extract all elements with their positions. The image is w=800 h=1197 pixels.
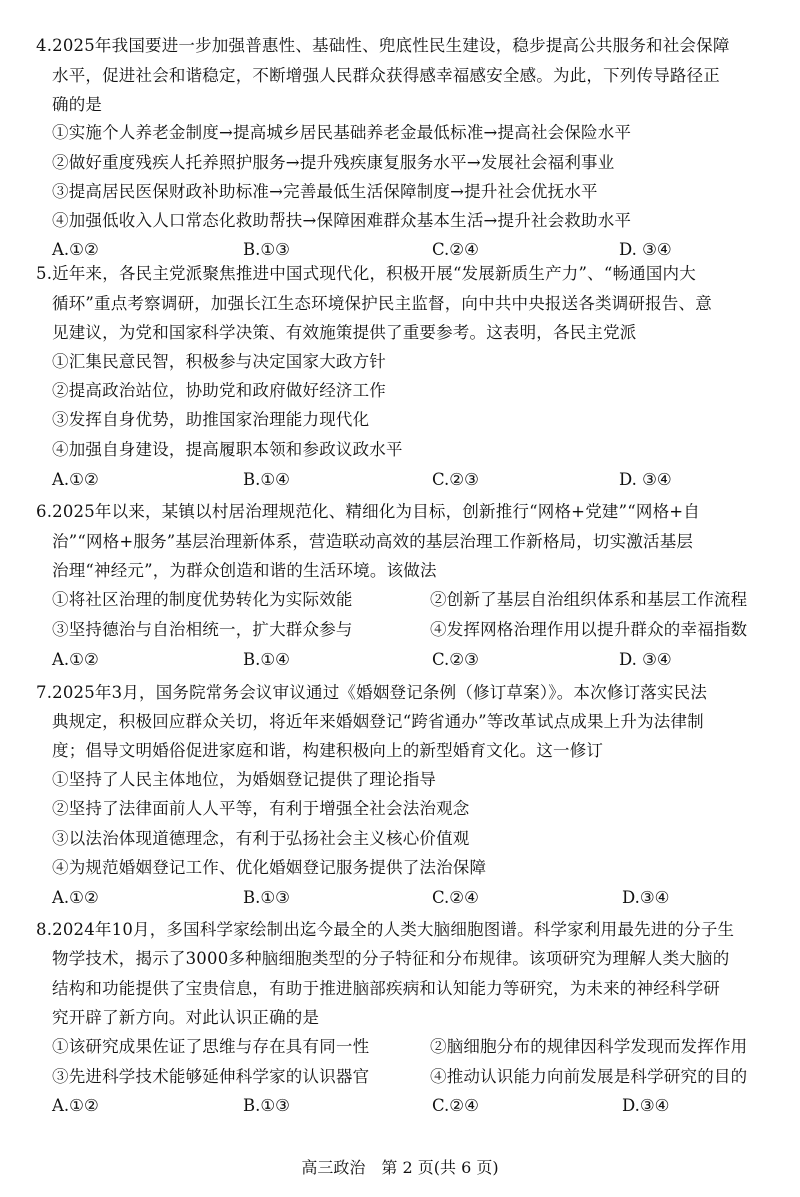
question-stem-line: 见建议，为党和国家科学决策、有效施策提供了重要参考。这表明，各民主党派 (52, 323, 637, 343)
question-stem-line: 物学技术，揭示了3000多种脑细胞类型的分子特征和分布规律。该项研究为理解人类大… (52, 949, 729, 969)
choice-c: C.②④ (432, 888, 479, 908)
choice-b: B.①④ (243, 470, 290, 490)
statement-option: ④为规范婚姻登记工作、优化婚姻登记服务提供了法治保障 (52, 858, 486, 878)
question-stem-line: 确的是 (52, 95, 102, 115)
choice-c: C.②④ (432, 1096, 479, 1116)
question-stem-line: 循环”重点考察调研，加强长江生态环境保护民主监督，向中共中央报送各类调研报告、意 (52, 294, 712, 314)
question-stem-line: 水平，促进社会和谐稳定，不断增强人民群众获得感幸福感安全感。为此，下列传导路径正 (52, 66, 720, 86)
statement-option: ②提高政治站位，协助党和政府做好经济工作 (52, 381, 386, 401)
choice-a: A.①② (52, 888, 99, 908)
statement-option: ①实施个人养老金制度→提高城乡居民基础养老金最低标准→提高社会保险水平 (52, 123, 631, 143)
statement-option: ③发挥自身优势，助推国家治理能力现代化 (52, 410, 369, 430)
statement-option: ④发挥网格治理作用以提升群众的幸福指数 (430, 620, 747, 640)
statement-option: ④加强自身建设，提高履职本领和参政议政水平 (52, 440, 403, 460)
question-stem-line: 度；倡导文明婚俗促进家庭和谐，构建积极向上的新型婚育文化。这一修订 (52, 741, 603, 761)
choice-c: C.②④ (432, 240, 479, 260)
choice-d: D.③④ (622, 888, 669, 908)
statement-option: ④加强低收入人口常态化救助帮扶→保障困难群众基本生活→提升社会救助水平 (52, 211, 631, 231)
choice-d: D. ③④ (619, 470, 672, 490)
choice-d: D. ③④ (619, 650, 672, 670)
choice-b: B.①③ (243, 1096, 290, 1116)
statement-option: ④推动认识能力向前发展是科学研究的目的 (430, 1067, 747, 1087)
statement-option: ②坚持了法律面前人人平等，有利于增强全社会法治观念 (52, 799, 470, 819)
question-stem-line: 6.2025年以来，某镇以村居治理规范化、精细化为目标，创新推行“网格+党建”“… (36, 502, 700, 522)
choice-a: A.①② (52, 470, 99, 490)
statement-option: ①该研究成果佐证了思维与存在具有同一性 (52, 1037, 369, 1057)
statement-option: ②创新了基层自治组织体系和基层工作流程 (430, 590, 747, 610)
page-footer: 高三政治 第 2 页(共 6 页) (0, 1155, 800, 1178)
choice-b: B.①④ (243, 650, 290, 670)
choice-a: A.①② (52, 1096, 99, 1116)
choice-d: D. ③④ (619, 240, 672, 260)
statement-option: ①坚持了人民主体地位，为婚姻登记提供了理论指导 (52, 770, 436, 790)
question-stem-line: 8.2024年10月，多国科学家绘制出迄今最全的人类大脑细胞图谱。科学家利用最先… (36, 920, 734, 940)
question-stem-line: 5.近年来，各民主党派聚焦推进中国式现代化，积极开展“发展新质生产力”、“畅通国… (36, 264, 696, 284)
question-stem-line: 4.2025年我国要进一步加强普惠性、基础性、兜底性民生建设，稳步提高公共服务和… (36, 36, 730, 56)
statement-option: ①汇集民意民智，积极参与决定国家大政方针 (52, 352, 386, 372)
question-stem-line: 治理“神经元”，为群众创造和谐的生活环境。该做法 (52, 561, 437, 581)
statement-option: ③提高居民医保财政补助标准→完善最低生活保障制度→提升社会优抚水平 (52, 182, 598, 202)
statement-option: ③以法治体现道德理念，有利于弘扬社会主义核心价值观 (52, 829, 470, 849)
statement-option: ③先进科学技术能够延伸科学家的认识器官 (52, 1067, 369, 1087)
choice-a: A.①② (52, 240, 99, 260)
question-stem-line: 典规定，积极回应群众关切，将近年来婚姻登记“跨省通办”等改革试点成果上升为法律制 (52, 712, 704, 732)
question-stem-line: 7.2025年3月，国务院常务会议审议通过《婚姻登记条例（修订草案）》。本次修订… (36, 683, 707, 703)
statement-option: ③坚持德治与自治相统一，扩大群众参与 (52, 620, 353, 640)
question-stem-line: 结构和功能提供了宝贵信息，有助于推进脑部疾病和认知能力等研究，为未来的神经科学研 (52, 979, 720, 999)
statement-option: ②脑细胞分布的规律因科学发现而发挥作用 (430, 1037, 747, 1057)
question-stem-line: 究开辟了新方向。对此认识正确的是 (52, 1008, 319, 1028)
choice-a: A.①② (52, 650, 99, 670)
statement-option: ②做好重度残疾人托养照护服务→提升残疾康复服务水平→发展社会福利事业 (52, 153, 614, 173)
statement-option: ①将社区治理的制度优势转化为实际效能 (52, 590, 353, 610)
choice-c: C.②③ (432, 470, 479, 490)
choice-b: B.①③ (243, 240, 290, 260)
choice-b: B.①③ (243, 888, 290, 908)
choice-d: D.③④ (622, 1096, 669, 1116)
choice-c: C.②③ (432, 650, 479, 670)
question-stem-line: 治”“网格+服务”基层治理新体系，营造联动高效的基层治理工作新格局，切实激活基层 (52, 532, 693, 552)
